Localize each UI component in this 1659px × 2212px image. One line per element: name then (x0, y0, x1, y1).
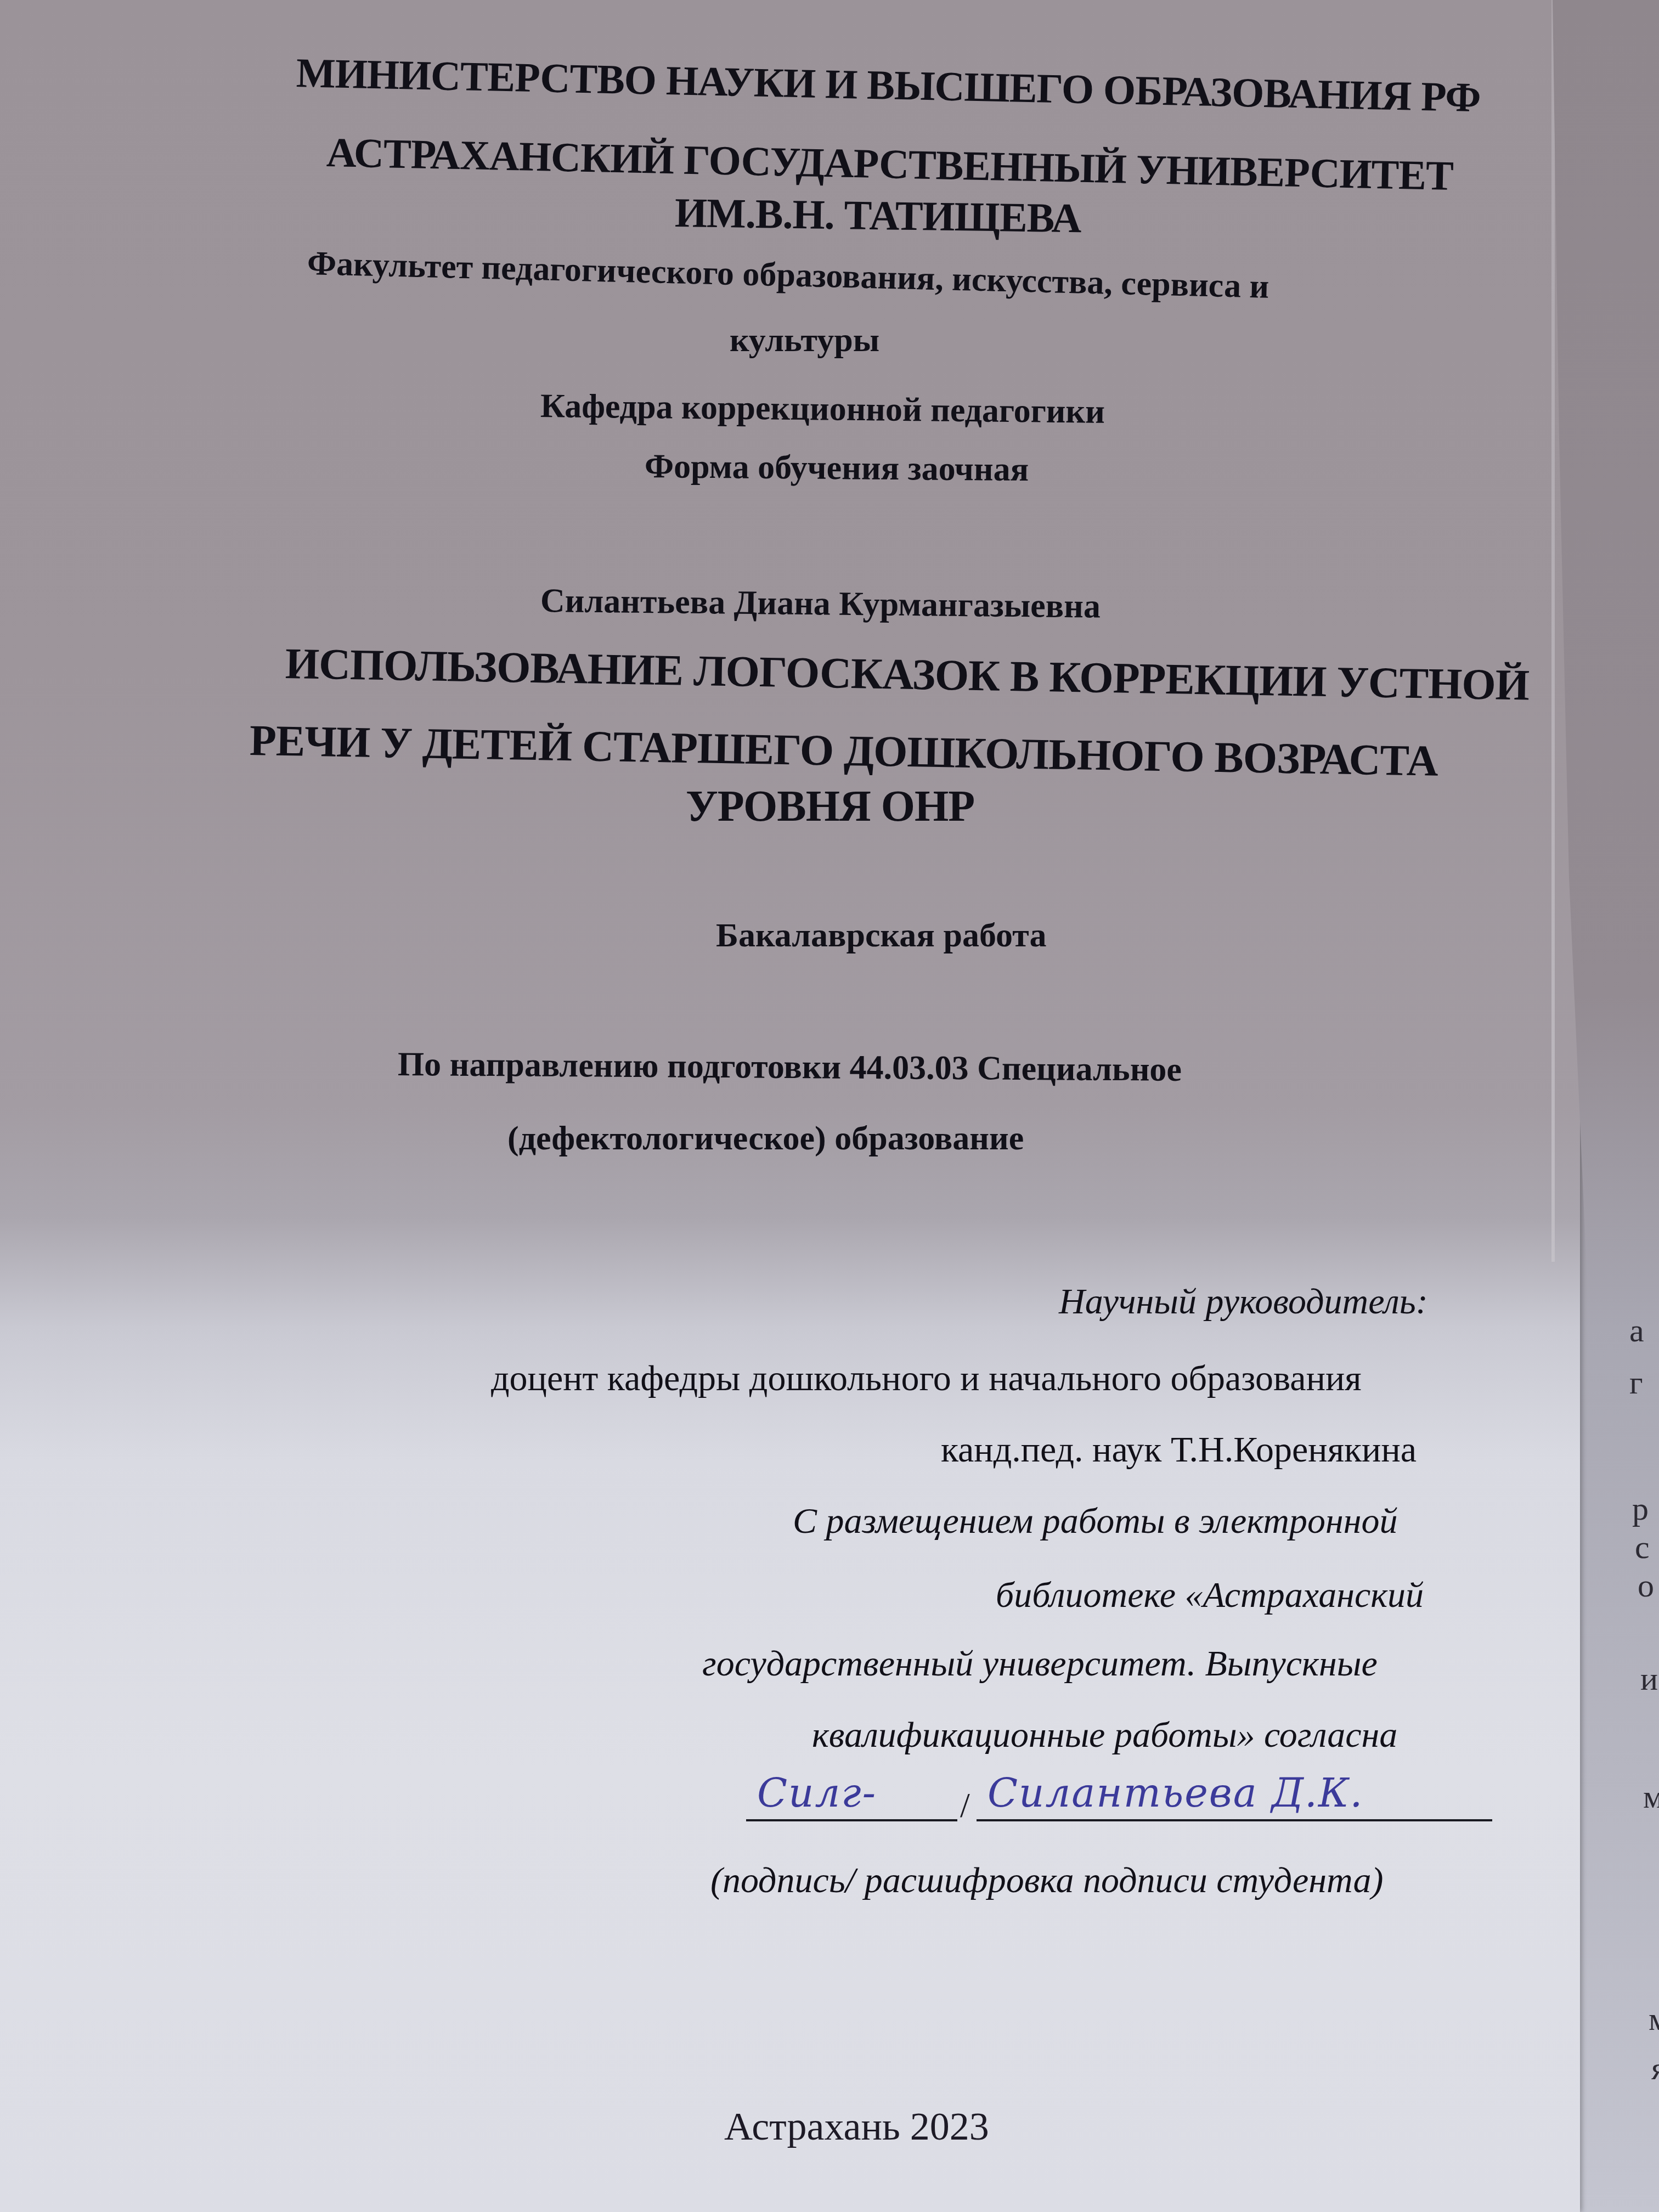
signature-underline (746, 1819, 957, 1821)
consent-line-2: библиотеке «Астраханский (996, 1575, 1424, 1616)
ghost-letter: м (1649, 2002, 1659, 2035)
ghost-letter: я (1651, 2052, 1659, 2085)
name-underline (977, 1819, 1492, 1821)
ministry-name: МИНИСТЕРСТВО НАУКИ И ВЫСШЕГО ОБРАЗОВАНИЯ… (296, 49, 1481, 122)
ghost-letter: м (1643, 1780, 1659, 1813)
ghost-letter: о (1638, 1569, 1654, 1602)
department-name: Кафедра коррекционной педагогики (540, 387, 1105, 432)
study-form: Форма обучения заочная (645, 447, 1029, 489)
handwritten-signature: Силг- (757, 1770, 877, 1816)
handwritten-name: Силантьева Д.К. (988, 1770, 1364, 1816)
ghost-letter: р (1632, 1492, 1649, 1525)
thesis-title-line-2: РЕЧИ У ДЕТЕЙ СТАРШЕГО ДОШКОЛЬНОГО ВОЗРАС… (249, 716, 1438, 787)
work-type: Бакалаврская работа (716, 916, 1046, 955)
city-year: Астрахань 2023 (724, 2104, 989, 2149)
ghost-letter: г (1629, 1366, 1643, 1399)
consent-line-1: С размещением работы в электронной (793, 1500, 1397, 1542)
direction-line-1: По направлению подготовки 44.03.03 Специ… (398, 1045, 1182, 1090)
university-name-2: ИМ.В.Н. ТАТИЩЕВА (674, 189, 1081, 242)
ghost-letter: с (1635, 1531, 1650, 1564)
thesis-title-line-1: ИСПОЛЬЗОВАНИЕ ЛОГОСКАЗОК В КОРРЕКЦИИ УСТ… (285, 639, 1529, 711)
signature-slash: / (960, 1785, 970, 1826)
faculty-name-2: культуры (730, 321, 879, 360)
ghost-letter: и (1640, 1662, 1658, 1695)
supervisor-label: Научный руководитель: (1059, 1281, 1428, 1323)
title-page: МИНИСТЕРСТВО НАУКИ И ВЫСШЕГО ОБРАЗОВАНИЯ… (0, 0, 1580, 2212)
supervisor-position: доцент кафедры дошкольного и начального … (491, 1358, 1362, 1400)
consent-line-4: квалификационные работы» согласна (812, 1714, 1397, 1756)
university-name: АСТРАХАНСКИЙ ГОСУДАРСТВЕННЫЙ УНИВЕРСИТЕТ (326, 129, 1453, 200)
thesis-title-line-3: УРОВНЯ ОНР (686, 782, 974, 832)
author-name: Силантьева Диана Курмангазыевна (540, 582, 1101, 627)
page-edge (1551, 0, 1555, 1262)
direction-line-2: (дефектологическое) образование (507, 1119, 1024, 1158)
ghost-letter: а (1629, 1314, 1644, 1347)
signature-caption: (подпись/ расшифровка подписи студента) (710, 1860, 1383, 1901)
supervisor-name: канд.пед. наук Т.Н.Коренякина (941, 1429, 1417, 1471)
faculty-name: Факультет педагогического образования, и… (307, 244, 1269, 307)
consent-line-3: государственный университет. Выпускные (702, 1643, 1378, 1685)
signature-row: Силг- / Силантьева Д.К. (741, 1772, 1498, 1821)
